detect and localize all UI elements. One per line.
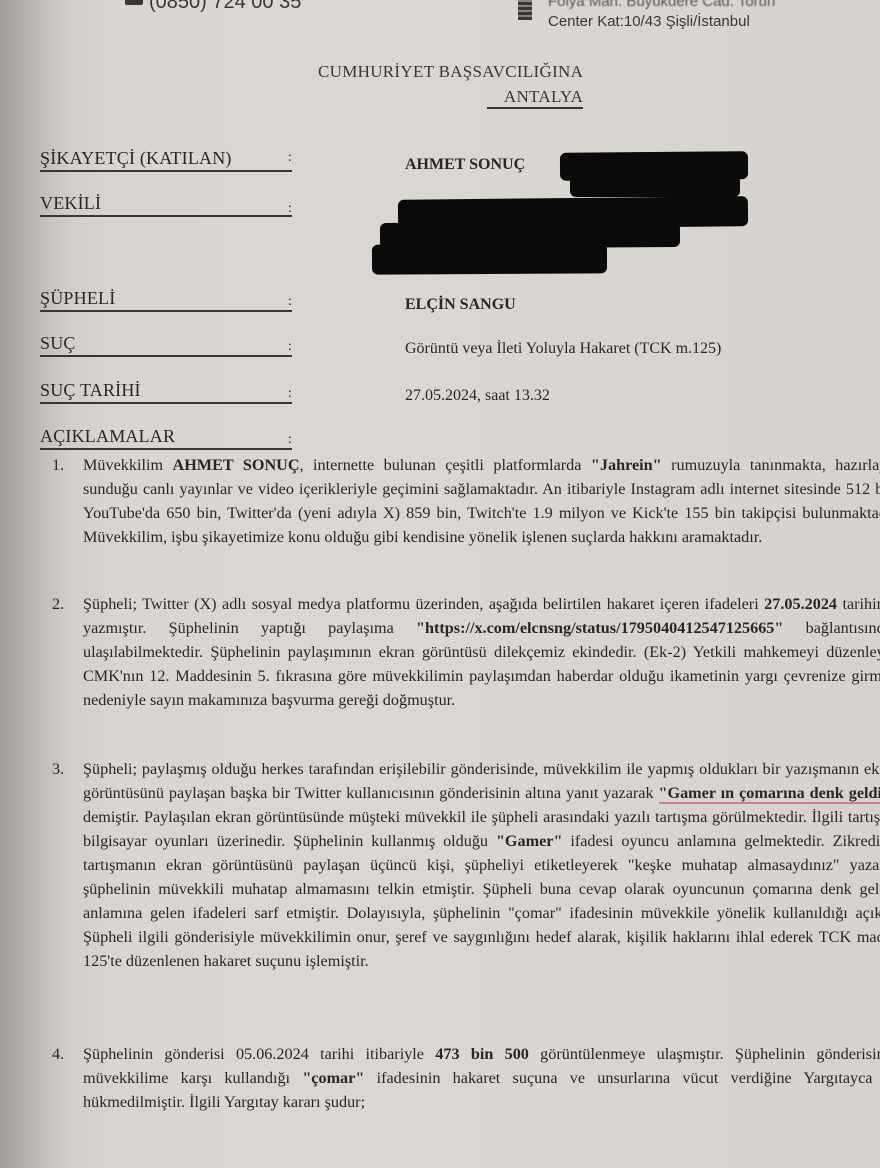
phone-icon — [125, 0, 143, 5]
colon: : — [288, 339, 292, 355]
redaction-mark — [570, 175, 740, 197]
label-text: SUÇ — [40, 333, 76, 353]
paragraph-number: 1. — [52, 453, 64, 477]
label-text: ŞÜPHELİ — [40, 288, 115, 308]
field-label-attorney: VEKİLİ: — [40, 193, 292, 217]
field-value-suspect: ELÇİN SANGU — [405, 296, 516, 314]
paragraph-1: 1. Müvekkilim AHMET SONUÇ, internette bu… — [52, 453, 880, 549]
field-value-crime-date: 27.05.2024, saat 13.32 — [405, 387, 550, 405]
field-label-crime: SUÇ: — [40, 333, 292, 357]
label-text: SUÇ TARİHİ — [40, 380, 141, 400]
address-line-1: Folya Man. Büyükdere Cad. Torun — [548, 0, 775, 12]
paragraph-body: Şüphelinin gönderisi 05.06.2024 tarihi i… — [83, 1042, 880, 1114]
address-line-2: Center Kat:10/43 Şişli/İstanbul — [548, 12, 775, 32]
field-label-complainant: ŞİKAYETÇİ (KATILAN): — [40, 148, 292, 172]
paragraph-body: Müvekkilim AHMET SONUÇ, internette bulun… — [83, 453, 880, 549]
paragraph-body: Şüpheli; Twitter (X) adlı sosyal medya p… — [83, 592, 880, 712]
field-label-suspect: ŞÜPHELİ: — [40, 288, 292, 312]
colon: : — [288, 432, 292, 448]
addressee: CUMHURİYET BAŞSAVCILIĞINA ANTALYA — [318, 62, 583, 109]
page-shadow — [0, 0, 70, 1168]
letterhead-phone: (0850) 724 00 35 — [125, 0, 301, 14]
bold-text: 27.05.2024 — [764, 595, 837, 613]
text-run: Şüpheli; Twitter (X) adlı sosyal medya p… — [83, 595, 764, 613]
bold-text: 473 bin 500 — [435, 1045, 529, 1063]
text-run: ifadesi oyuncu anlamına gelmektedir. Zik… — [83, 832, 880, 970]
colon: : — [288, 150, 292, 166]
paragraph-body: Şüpheli; paylaşmış olduğu herkes tarafın… — [83, 757, 880, 973]
bold-text: AHMET SONUÇ — [173, 456, 300, 474]
field-label-crime-date: SUÇ TARİHİ: — [40, 380, 292, 404]
paragraph-number: 2. — [52, 592, 64, 616]
bold-text: "Jahrein" — [591, 456, 662, 474]
highlighted-quote: "Gamer ın çomarına denk geldik" — [659, 784, 880, 804]
colon: : — [288, 386, 292, 402]
building-icon — [518, 0, 532, 20]
label-text: VEKİLİ — [40, 193, 101, 213]
paragraph-2: 2. Şüpheli; Twitter (X) adlı sosyal medy… — [52, 592, 880, 712]
addressee-city: ANTALYA — [487, 87, 583, 109]
label-text: AÇIKLAMALAR — [40, 426, 175, 446]
paragraph-number: 4. — [52, 1042, 64, 1066]
paragraph-4: 4. Şüphelinin gönderisi 05.06.2024 tarih… — [52, 1042, 880, 1114]
letterhead-address: Folya Man. Büyükdere Cad. Torun Center K… — [518, 0, 775, 32]
bold-text: "https://x.com/elcnsng/status/1795040412… — [416, 619, 783, 637]
phone-number: (0850) 724 00 35 — [149, 0, 301, 13]
bold-text: "çomar" — [302, 1069, 364, 1087]
field-value-complainant: AHMET SONUÇ — [405, 156, 525, 174]
bold-text: "Gamer" — [496, 832, 563, 850]
paragraph-3: 3. Şüpheli; paylaşmış olduğu herkes tara… — [52, 757, 880, 973]
text-run: , internette bulunan çeşitli platformlar… — [300, 456, 591, 474]
colon: : — [288, 294, 292, 310]
paragraph-number: 3. — [52, 757, 64, 781]
text-run: Müvekkilim — [83, 456, 173, 474]
addressee-office: CUMHURİYET BAŞSAVCILIĞINA — [318, 62, 583, 81]
field-label-explanations: AÇIKLAMALAR: — [40, 426, 292, 450]
field-value-crime: Görüntü veya İleti Yoluyla Hakaret (TCK … — [405, 340, 721, 358]
redaction-mark — [372, 243, 607, 274]
colon: : — [288, 201, 292, 217]
label-text: ŞİKAYETÇİ (KATILAN) — [40, 148, 232, 168]
text-run: Şüphelinin gönderisi 05.06.2024 tarihi i… — [83, 1045, 435, 1063]
